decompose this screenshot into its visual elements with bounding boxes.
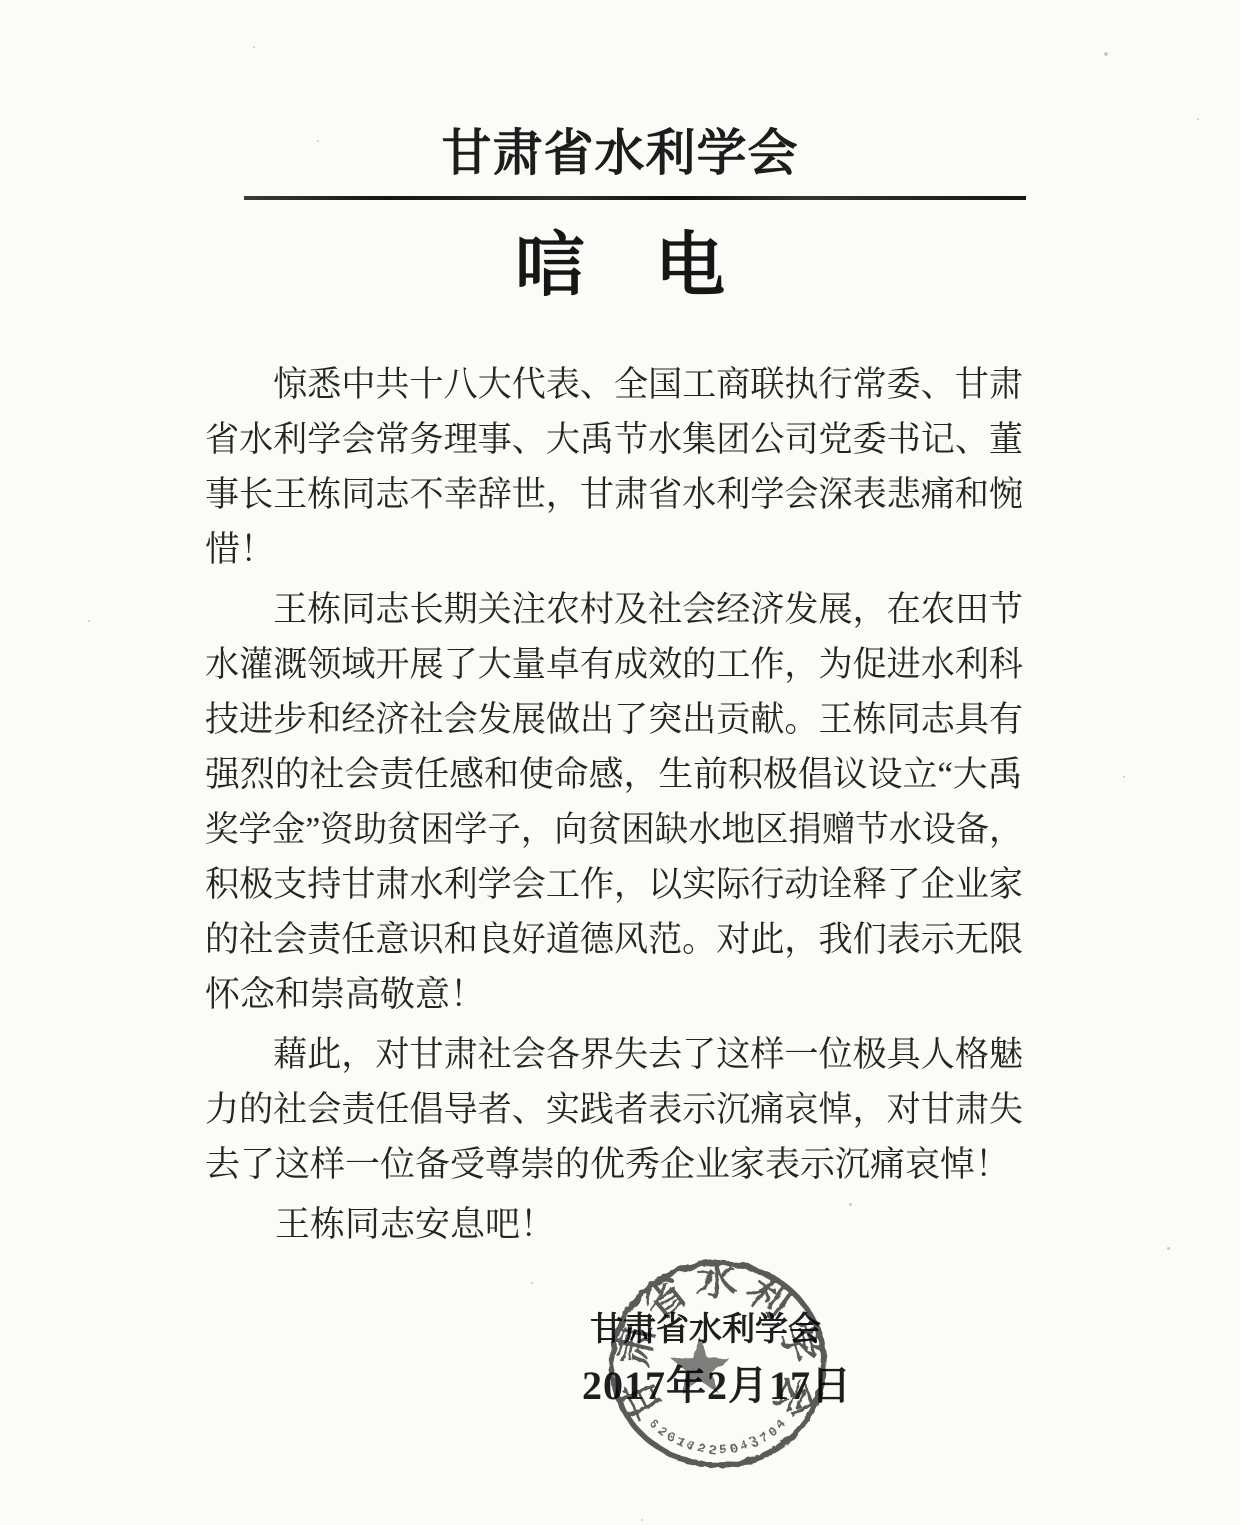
scan-artifact: [253, 46, 255, 48]
paragraph: 藉此，对甘肃社会各界失去了这样一位极具人格魅力的社会责任倡导者、实践者表示沉痛哀…: [205, 1027, 1023, 1192]
org-name-header: 甘肃省水利学会: [0, 128, 1240, 178]
seal-ring-char: 肃: [609, 1320, 663, 1370]
text-line: 王栋同志长期关注农村及社会经济发展，在农田节: [205, 582, 1002, 637]
scan-artifact: [1104, 52, 1108, 56]
text-line: 奖学金”资助贫困学子，向贫困缺水地区捐赠节水设备，: [205, 802, 987, 857]
text-line: 技进步和经济社会发展做出了突出贡献。王栋同志具有: [205, 692, 1002, 747]
paragraph: 惊悉中共十八大代表、全国工商联执行常委、甘肃省水利学会常务理事、大禹节水集团公司…: [205, 357, 1023, 577]
text-line: 的社会责任意识和良好道德风范。对此，我们表示无限: [205, 912, 1002, 967]
header-rule: [244, 196, 1026, 200]
scanned-document-page: 甘肃省水利学会 唁 电 惊悉中共十八大代表、全国工商联执行常委、甘肃省水利学会常…: [0, 0, 1240, 1525]
seal-ink: 甘肃省水利学会 62010225043704: [609, 1257, 826, 1465]
paragraph: 王栋同志长期关注农村及社会经济发展，在农田节水灌溉领域开展了大量卓有成效的工作，…: [205, 582, 1023, 1022]
seal-ring-char: 省: [635, 1268, 696, 1330]
document-title: 唁 电: [0, 232, 1240, 302]
scan-artifact: [849, 1203, 852, 1206]
text-line: 力的社会责任倡导者、实践者表示沉痛哀悼，对甘肃失: [205, 1082, 1002, 1137]
text-line: 惜！: [205, 522, 1023, 577]
scan-artifact: [1123, 776, 1125, 778]
scan-artifact: [531, 1282, 533, 1284]
text-line: 去了这样一位备受尊崇的优秀企业家表示沉痛哀悼！: [205, 1137, 1023, 1192]
star-icon: [671, 1337, 730, 1393]
seal-ring-char: 学: [772, 1317, 827, 1369]
seal-ring-char: 甘: [612, 1371, 671, 1428]
text-line: 积极支持甘肃水利学会工作，以实际行动诠释了企业家: [205, 857, 1002, 912]
document-body: 惊悉中共十八大代表、全国工商联执行常委、甘肃省水利学会常务理事、大禹节水集团公司…: [205, 357, 1023, 1257]
text-line: 藉此，对甘肃社会各界失去了这样一位极具人格魅: [205, 1027, 1002, 1082]
text-line: 水灌溉领域开展了大量卓有成效的工作，为促进水利科: [205, 637, 1002, 692]
seal-serial-digit: 2: [696, 1440, 707, 1456]
seal-serial-digit: 5: [719, 1442, 729, 1458]
text-line: 强烈的社会责任感和使命感，生前积极倡议设立“大禹: [205, 747, 1020, 802]
text-line: 怀念和崇高敬意！: [205, 967, 1023, 1022]
seal-ring-char: 水: [696, 1257, 738, 1304]
seal-serial-digit: 2: [708, 1442, 718, 1458]
scan-artifact: [1197, 118, 1199, 120]
scan-artifact: [641, 1519, 643, 1521]
official-seal: 甘肃省水利学会 62010225043704: [598, 1234, 838, 1494]
text-line: 惊悉中共十八大代表、全国工商联执行常委、甘肃: [205, 357, 1002, 412]
seal-ring-text: 甘肃省水利学会: [609, 1257, 826, 1428]
text-line: 省水利学会常务理事、大禹节水集团公司党委书记、董: [205, 412, 1002, 467]
scan-artifact: [317, 140, 319, 142]
seal-ring-char: 会: [766, 1369, 824, 1425]
scan-artifact: [88, 620, 90, 622]
seal-ring-char: 利: [738, 1266, 798, 1327]
text-line: 事长王栋同志不幸辞世，甘肃省水利学会深表悲痛和惋: [205, 467, 1002, 522]
scan-artifact: [1167, 1247, 1170, 1250]
